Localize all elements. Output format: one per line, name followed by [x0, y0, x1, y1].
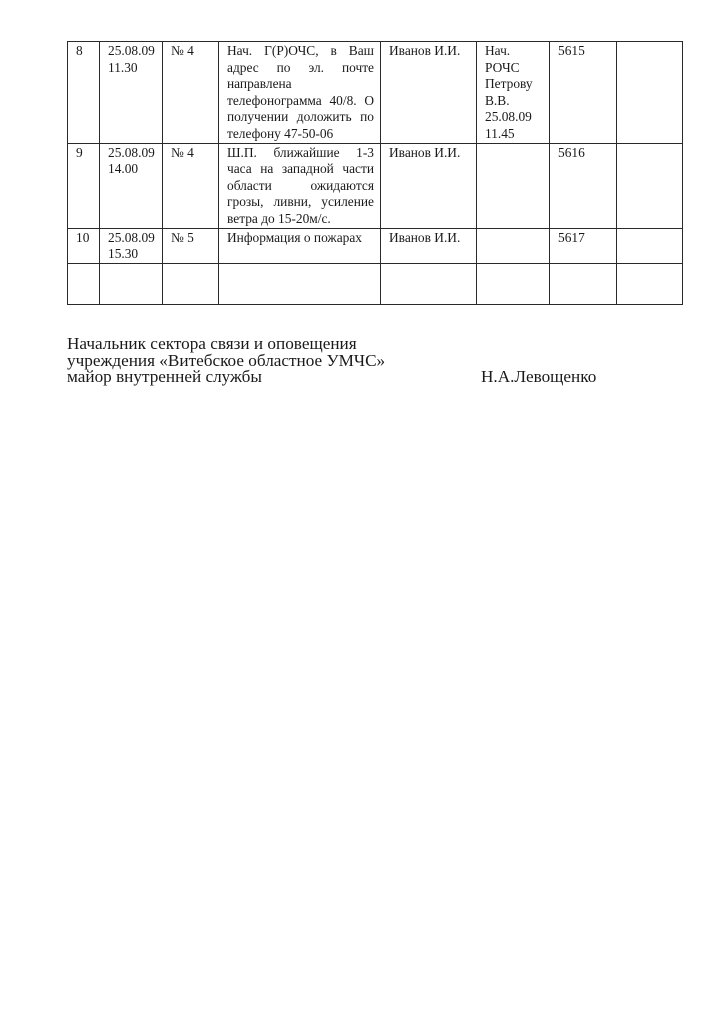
received-by-cell-line: 11.45 [485, 126, 543, 143]
table-row [68, 263, 683, 304]
datetime-cell-line: 25.08.09 [108, 145, 156, 162]
row-number-cell: 9 [68, 143, 100, 228]
doc-number-cell [163, 263, 219, 304]
datetime-cell [100, 263, 163, 304]
received-by-cell-line: Нач. [485, 43, 543, 60]
received-by-cell: Нач.РОЧСПетровуВ.В.25.08.0911.45 [477, 42, 550, 144]
datetime-cell-line: 25.08.09 [108, 230, 156, 247]
signature-block: Начальник сектора связи и оповещения учр… [67, 336, 385, 386]
note-cell [617, 143, 683, 228]
datetime-cell: 25.08.0911.30 [100, 42, 163, 144]
doc-number-cell: № 4 [163, 143, 219, 228]
row-number-cell: 10 [68, 228, 100, 263]
received-by-cell-line: Петрову [485, 76, 543, 93]
received-by-cell-line: В.В. [485, 93, 543, 110]
message-log-table: 825.08.0911.30№ 4Нач. Г(Р)ОЧС, в Ваш адр… [67, 41, 683, 305]
datetime-cell: 25.08.0915.30 [100, 228, 163, 263]
row-number-cell: 8 [68, 42, 100, 144]
received-by-cell [477, 143, 550, 228]
received-by-cell-line: 25.08.09 [485, 109, 543, 126]
datetime-cell: 25.08.0914.00 [100, 143, 163, 228]
registration-number-cell: 5615 [550, 42, 617, 144]
note-cell [617, 42, 683, 144]
document-page: 825.08.0911.30№ 4Нач. Г(Р)ОЧС, в Ваш адр… [0, 0, 708, 1024]
registration-number-cell: 5616 [550, 143, 617, 228]
datetime-cell-line: 14.00 [108, 161, 156, 178]
row-number-cell [68, 263, 100, 304]
received-by-cell-line: РОЧС [485, 60, 543, 77]
received-by-cell [477, 228, 550, 263]
doc-number-cell: № 4 [163, 42, 219, 144]
table-row: 1025.08.0915.30№ 5Информация о пожарахИв… [68, 228, 683, 263]
signature-name: Н.А.Левощенко [481, 369, 596, 386]
registration-number-cell: 5617 [550, 228, 617, 263]
signature-rank: майор внутренней службы [67, 369, 385, 386]
datetime-cell-line: 11.30 [108, 60, 156, 77]
note-cell [617, 263, 683, 304]
table-row: 825.08.0911.30№ 4Нач. Г(Р)ОЧС, в Ваш адр… [68, 42, 683, 144]
sender-cell: Иванов И.И. [381, 228, 477, 263]
registration-number-cell [550, 263, 617, 304]
received-by-cell [477, 263, 550, 304]
doc-number-cell: № 5 [163, 228, 219, 263]
message-content-cell: Информация о пожарах [219, 228, 381, 263]
datetime-cell-line: 25.08.09 [108, 43, 156, 60]
sender-cell [381, 263, 477, 304]
note-cell [617, 228, 683, 263]
sender-cell: Иванов И.И. [381, 42, 477, 144]
sender-cell: Иванов И.И. [381, 143, 477, 228]
message-content-cell [219, 263, 381, 304]
message-content-cell: Ш.П. ближайшие 1-3 часа на западной част… [219, 143, 381, 228]
message-content-cell: Нач. Г(Р)ОЧС, в Ваш адрес по эл. почте н… [219, 42, 381, 144]
table-row: 925.08.0914.00№ 4Ш.П. ближайшие 1-3 часа… [68, 143, 683, 228]
datetime-cell-line: 15.30 [108, 246, 156, 263]
